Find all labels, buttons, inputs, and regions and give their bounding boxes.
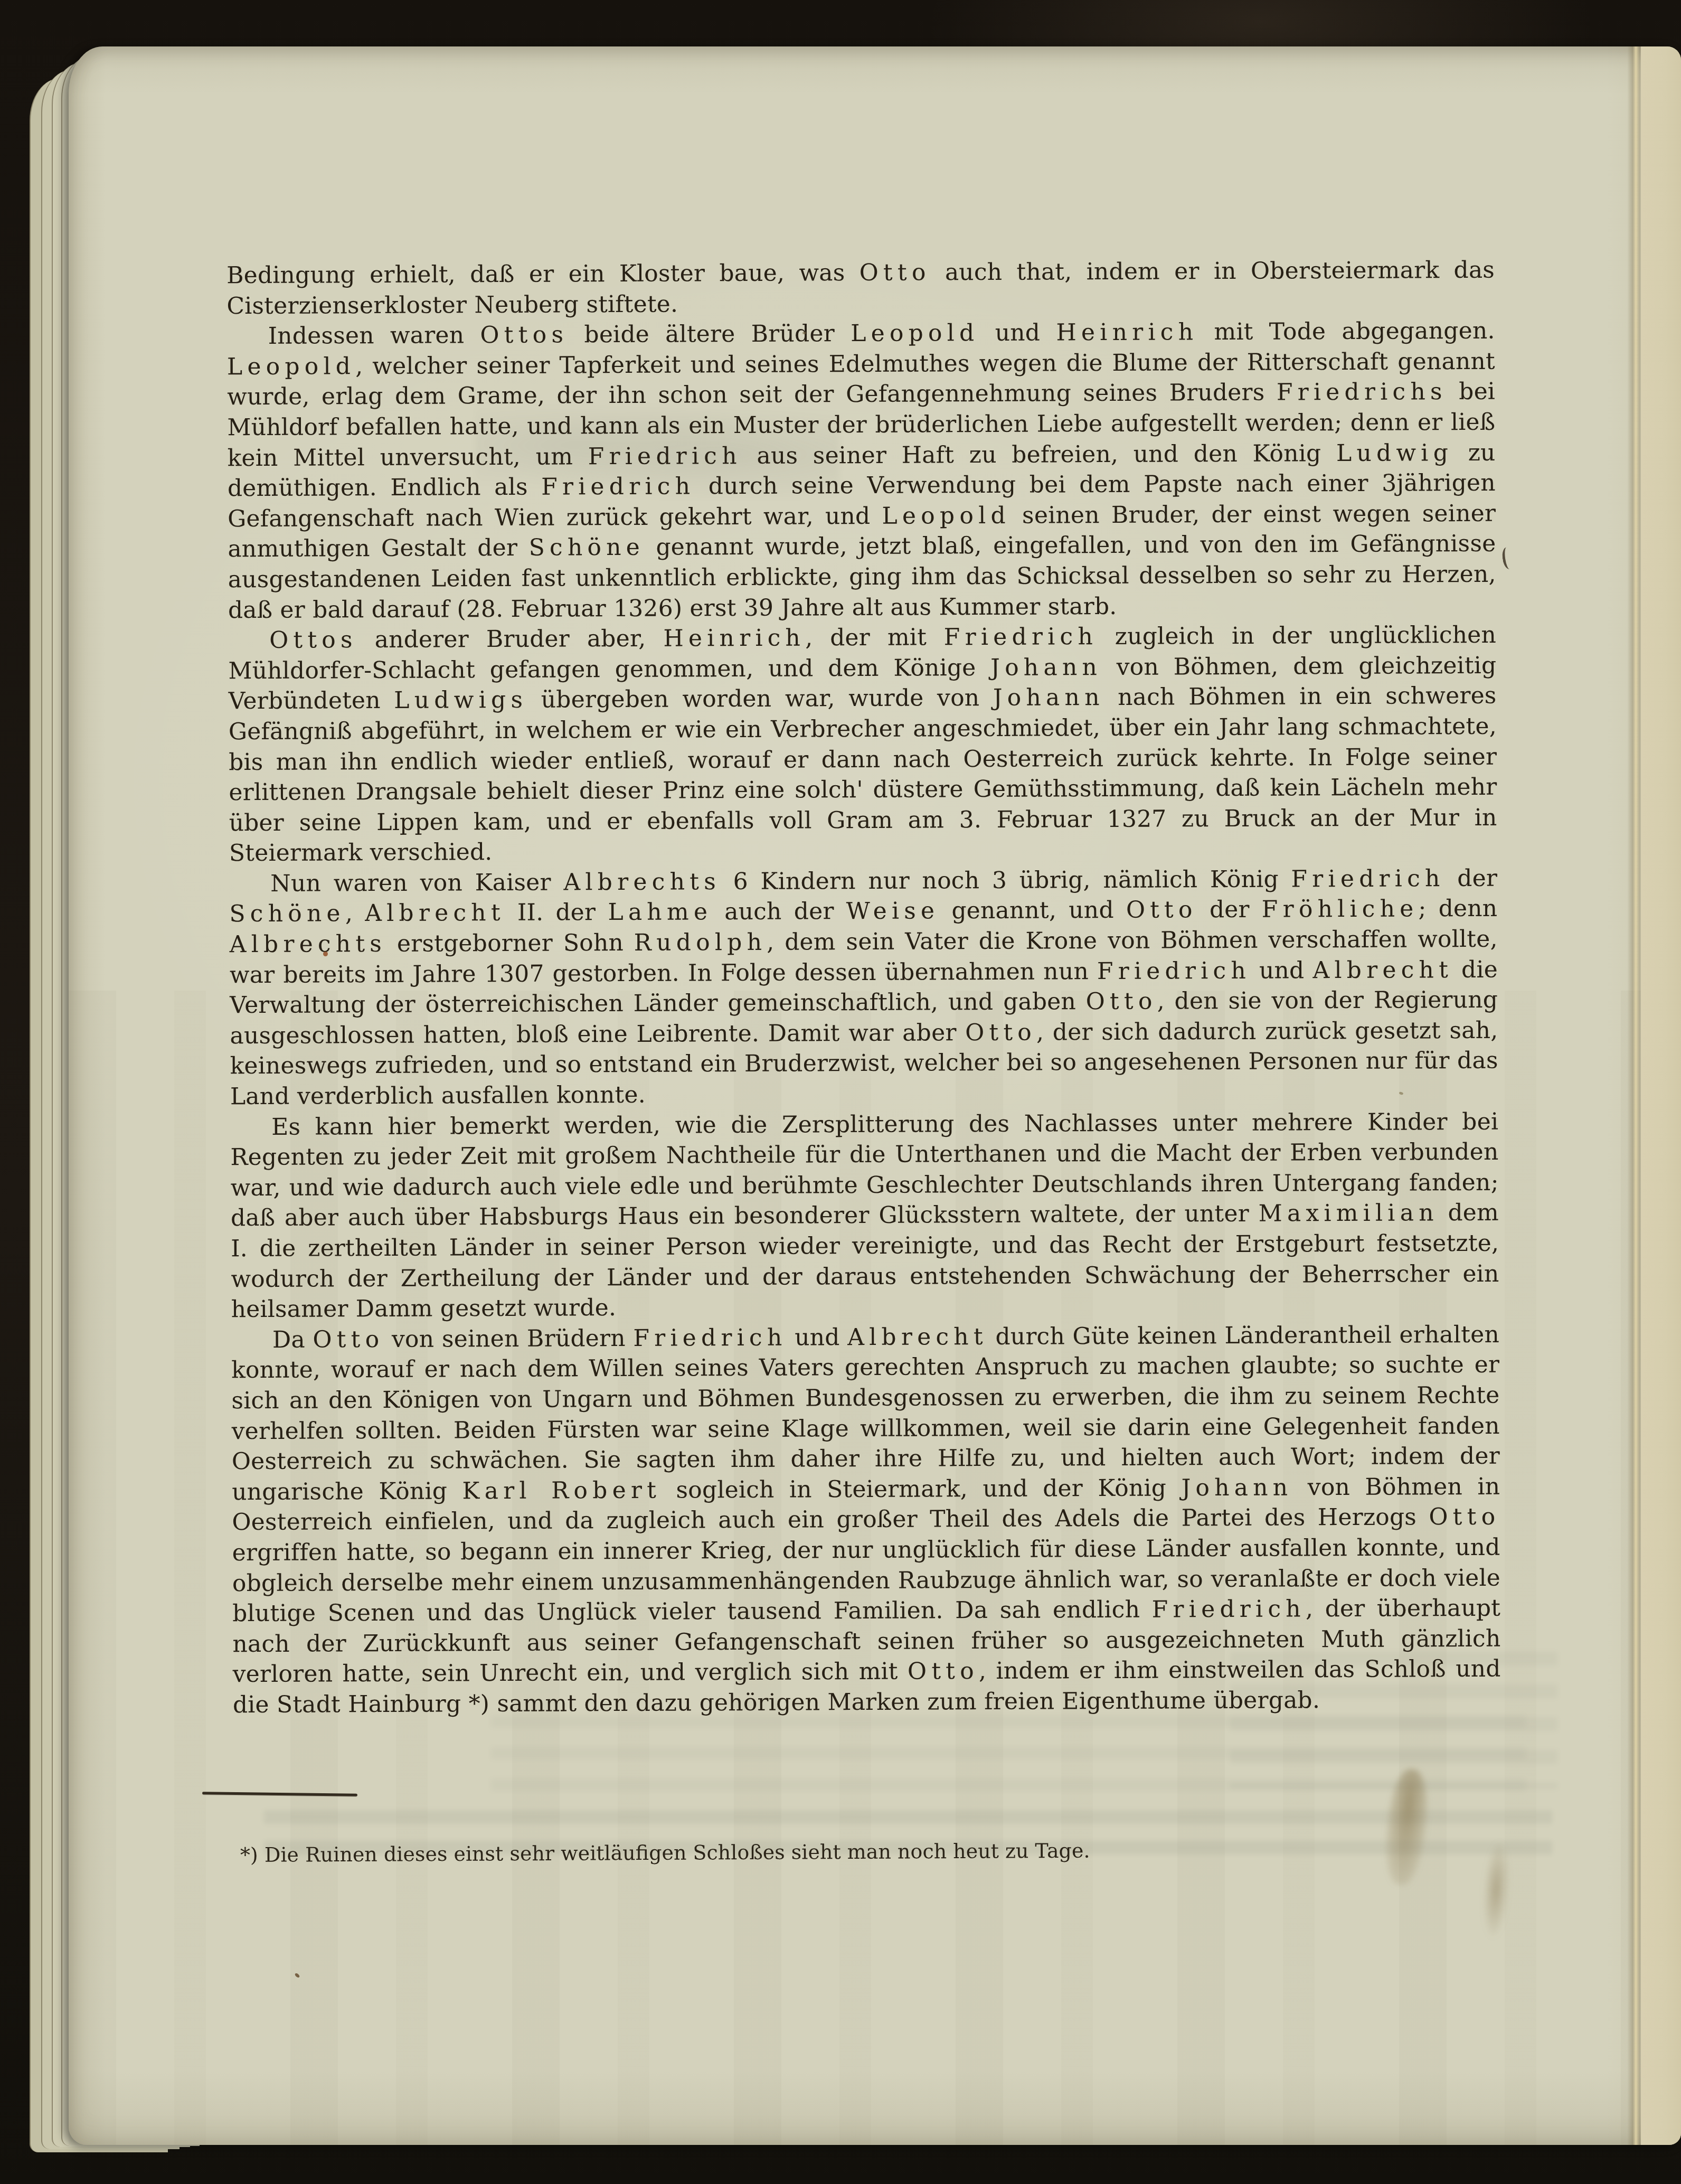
body-text: der [1444, 865, 1497, 892]
book-scan: Bedingung erhielt, daß er ein Kloster ba… [0, 0, 1681, 2184]
footnote-separator [202, 1792, 357, 1796]
body-text: der [1197, 896, 1262, 924]
spaced-name-text: Ludwigs [394, 686, 527, 714]
body-text: 6 Kindern nur noch 3 übrig, nämlich Köni… [721, 865, 1291, 895]
spaced-name-text: Albrechts [230, 930, 387, 958]
body-text: und [787, 1324, 847, 1351]
spaced-name-text: Weise [846, 898, 940, 925]
spaced-name-text: Ludwig [1336, 439, 1453, 467]
spaced-name-text: Johann [1181, 1474, 1292, 1501]
spaced-name-text: Albrechts [563, 868, 721, 896]
spaced-name-text: Ottos [480, 322, 568, 349]
spaced-name-text: Leopold [227, 353, 356, 380]
body-text: von seinen Brüdern [384, 1325, 633, 1353]
spaced-name-text: Friedrich [588, 443, 742, 470]
body-text: anderer Bruder aber, [357, 625, 664, 654]
body-text: II. der [505, 899, 608, 927]
spaced-name-text: Otto [1126, 897, 1197, 924]
stain [1481, 1841, 1511, 1938]
body-text: erstgeborner Sohn [386, 929, 634, 957]
spaced-name-text: Otto [313, 1326, 384, 1353]
body-text: ; denn [1418, 895, 1497, 922]
spaced-name-text: Friedrich [1152, 1595, 1306, 1623]
paragraph-list: Bedingung erhielt, daß er ein Kloster ba… [226, 255, 1501, 1720]
spaced-name-text: Albrecht [365, 899, 505, 927]
body-text: Da [272, 1326, 313, 1353]
body-text: mit Tode abgegangen. [1198, 317, 1495, 345]
spaced-name-text: Friedrich [944, 623, 1098, 651]
spaced-name-text: Leopold [851, 319, 979, 347]
paragraph: Bedingung erhielt, daß er ein Kloster ba… [226, 255, 1495, 322]
body-text: und [1251, 957, 1313, 984]
spaced-name-text: Schöne [229, 900, 345, 928]
spaced-name-text: Leopold [882, 502, 1011, 530]
book-page: Bedingung erhielt, daß er ein Kloster ba… [69, 46, 1681, 2145]
spaced-name-text: Otto [860, 259, 931, 286]
paragraph: Es kann hier bemerkt werden, wie die Zer… [230, 1106, 1499, 1325]
spaced-name-text: Friedrich [1097, 957, 1251, 984]
bleed-through-text [491, 1715, 1526, 1794]
footnote: *) Die Ruinen dieses einst sehr weitläuf… [240, 1835, 1455, 1868]
spaced-name-text: Otto [1429, 1503, 1500, 1531]
body-text: Bedingung erhielt, daß er ein Kloster ba… [226, 259, 860, 289]
body-text: , der mit [805, 624, 944, 651]
spaced-name-text: Albrecht [847, 1323, 988, 1351]
spaced-name-text: Heinrich [663, 625, 805, 652]
spaced-name-text: Rudolph [634, 929, 767, 956]
spaced-name-text: Otto [965, 1019, 1036, 1046]
spaced-name-text: Friedrich [633, 1324, 787, 1351]
spaced-name-text: Otto [1086, 988, 1157, 1015]
body-text: beide ältere Brüder [568, 320, 851, 348]
stain [1382, 1767, 1432, 1887]
spaced-name-text: Johann [990, 654, 1102, 681]
body-text: Nun waren von Kaiser [270, 869, 563, 897]
spaced-name-text: Fröhliche [1262, 896, 1419, 923]
spaced-name-text: Ottos [269, 626, 357, 654]
paragraph: Ottos anderer Bruder aber, Heinrich, der… [228, 620, 1497, 869]
body-text: und [979, 319, 1056, 347]
body-text: genannt, und [939, 897, 1126, 925]
body-text: Indessen waren [268, 322, 480, 350]
spaced-name-text: Otto [908, 1658, 979, 1685]
spaced-name-text: Johann [993, 684, 1104, 711]
body-text: aus seiner Haft zu befreien, und den Kön… [742, 440, 1336, 469]
spaced-name-text: Karl Robert [462, 1476, 661, 1504]
spaced-name-text: Friedrich [541, 473, 695, 501]
body-text: sogleich in Steiermark, und der König [661, 1474, 1182, 1503]
paragraph: Da Otto von seinen Brüdern Friedrich und… [231, 1320, 1501, 1720]
body-text: auch der [712, 898, 846, 926]
spaced-name-text: Friedrichs [1277, 379, 1447, 406]
adjacent-page-edge [1641, 46, 1681, 2145]
spaced-name-text: Lahme [608, 899, 712, 926]
text-column: Bedingung erhielt, daß er ein Kloster ba… [226, 255, 1501, 1720]
margin-ink-mark [1501, 547, 1515, 570]
spaced-name-text: Schöne [528, 534, 645, 561]
paragraph: Indessen waren Ottos beide ältere Brüder… [226, 316, 1496, 625]
body-text: übergeben worden war, wurde von [527, 684, 993, 713]
paragraph: Nun waren von Kaiser Albrechts 6 Kindern… [229, 863, 1498, 1112]
body-text: , [345, 900, 365, 927]
spaced-name-text: Friedrich [1291, 865, 1444, 892]
spaced-name-text: Albrecht [1312, 956, 1453, 984]
spaced-name-text: Heinrich [1056, 318, 1198, 346]
ink-speck [294, 1972, 300, 1978]
spaced-name-text: Maximilian [1258, 1200, 1438, 1227]
